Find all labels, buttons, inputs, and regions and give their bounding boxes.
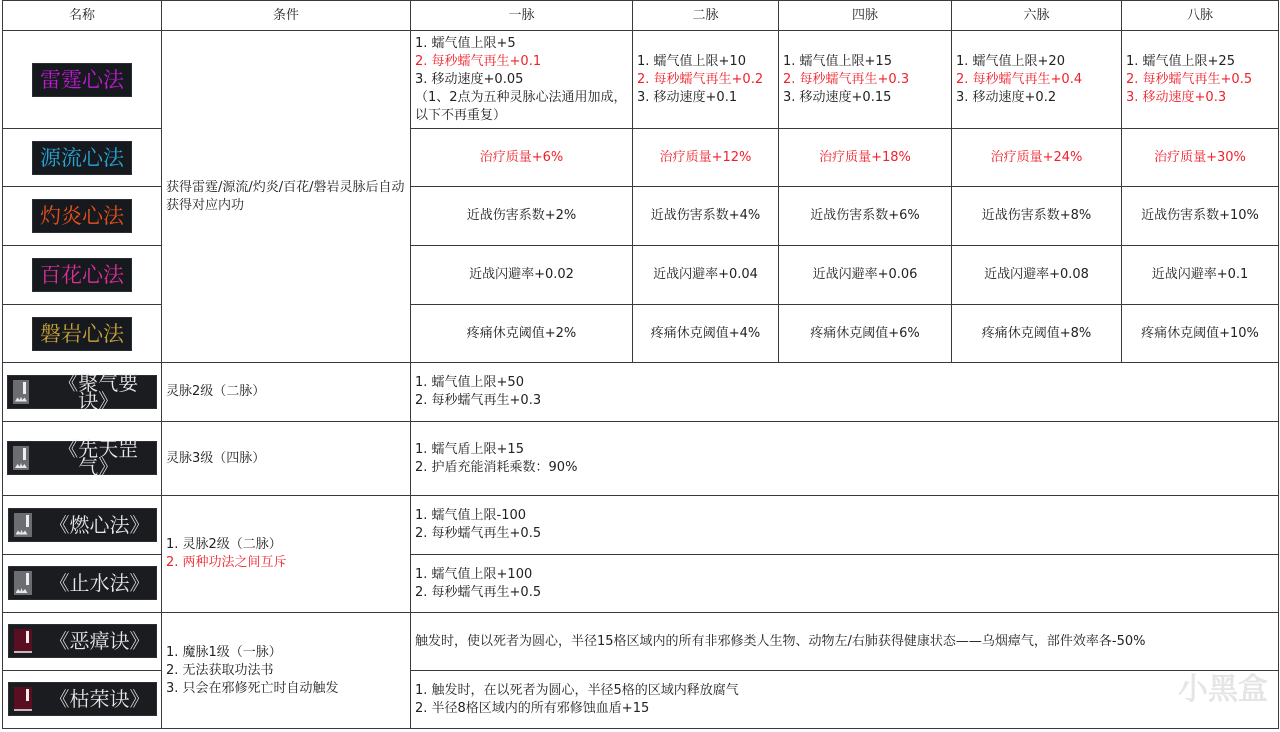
grey-book-icon	[14, 571, 32, 595]
name-cell: 《止水法》	[3, 555, 162, 613]
effect-cell: 1. 蠕气值上限+50 2. 每秒蠕气再生+0.3	[411, 363, 1279, 422]
effect-line: 1. 蠕气盾上限+15	[415, 441, 1274, 459]
name-cell: 灼炎心法	[3, 187, 162, 246]
condition-line: 2. 无法获取功法书	[166, 662, 406, 680]
xinfa-table: 名称 条件 一脉 二脉 四脉 六脉 八脉 雷霆心法 获得雷霆/源流/灼炎/百花/…	[2, 0, 1279, 729]
name-cell: 百花心法	[3, 246, 162, 305]
name-cell: 《枯荣诀》	[3, 671, 162, 729]
tier-cell: 近战闪避率+0.02	[411, 246, 633, 305]
book-title: 《燃心法》	[50, 516, 150, 534]
kurong-badge: 《枯荣诀》	[8, 682, 157, 716]
effect-line: 2. 每秒蠕气再生+0.5	[415, 584, 1274, 602]
name-cell: 《燃心法》	[3, 496, 162, 555]
tier-cell: 疼痛休克阈值+6%	[779, 305, 952, 363]
tier-cell: 治疗质量+24%	[952, 129, 1122, 187]
tier-cell: 近战闪避率+0.08	[952, 246, 1122, 305]
book-title: 《先天罡气》	[47, 440, 150, 476]
condition-cell: 1. 灵脉2级（二脉） 2. 两种功法之间互斥	[162, 496, 411, 613]
effect-line: 2. 每秒蠕气再生+0.3	[783, 71, 947, 89]
effect-line: 1. 蠕气值上限+50	[415, 374, 1274, 392]
header-row: 名称 条件 一脉 二脉 四脉 六脉 八脉	[3, 1, 1279, 31]
effect-cell: 1. 触发时，在以死者为圆心，半径5格的区域内释放腐气 2. 半径8格区域内的所…	[411, 671, 1279, 729]
tier-cell: 疼痛休克阈值+10%	[1122, 305, 1279, 363]
crimson-book-icon	[14, 687, 32, 711]
table-row-juqi: 《聚气要诀》 灵脉2级（二脉） 1. 蠕气值上限+50 2. 每秒蠕气再生+0.…	[3, 363, 1279, 422]
xiantian-badge: 《先天罡气》	[7, 441, 157, 475]
tier-cell: 治疗质量+6%	[411, 129, 633, 187]
tier-cell: 1. 蠕气值上限+5 2. 每秒蠕气再生+0.1 3. 移动速度+0.05 （1…	[411, 31, 633, 129]
tier-cell: 治疗质量+30%	[1122, 129, 1279, 187]
effect-cell: 1. 蠕气值上限+100 2. 每秒蠕气再生+0.5	[411, 555, 1279, 613]
effect-line: 1. 蠕气值上限+15	[783, 53, 947, 71]
effect-line: 1. 蠕气值上限+100	[415, 566, 1274, 584]
effect-cell: 触发时，使以死者为圆心，半径15格区域内的所有非邪修类人生物、动物左/右肺获得健…	[411, 613, 1279, 671]
header-tier-8: 八脉	[1122, 1, 1279, 31]
tier-cell: 近战闪避率+0.06	[779, 246, 952, 305]
leiting-badge: 雷霆心法	[32, 63, 132, 97]
xinfa-condition: 获得雷霆/源流/灼炎/百花/磐岩灵脉后自动获得对应内功	[166, 180, 405, 213]
grey-book-icon	[14, 513, 32, 537]
condition-cell: 灵脉3级（四脉）	[162, 422, 411, 496]
tier-cell: 1. 蠕气值上限+25 2. 每秒蠕气再生+0.5 3. 移动速度+0.3	[1122, 31, 1279, 129]
effect-line: 3. 移动速度+0.15	[783, 89, 947, 107]
book-title: 《枯荣诀》	[50, 690, 150, 708]
tier-cell: 疼痛休克阈值+8%	[952, 305, 1122, 363]
tier-cell: 1. 蠕气值上限+15 2. 每秒蠕气再生+0.3 3. 移动速度+0.15	[779, 31, 952, 129]
effect-line: 触发时，使以死者为圆心，半径15格区域内的所有非邪修类人生物、动物左/右肺获得健…	[415, 633, 1274, 651]
zhuoyan-badge: 灼炎心法	[32, 199, 132, 233]
table-row-ezhang: 《恶瘴诀》 1. 魔脉1级（一脉） 2. 无法获取功法书 3. 只会在邪修死亡时…	[3, 613, 1279, 671]
name-cell: 磐岩心法	[3, 305, 162, 363]
effect-line: 1. 蠕气值上限+5	[415, 35, 628, 53]
effect-line: 3. 移动速度+0.3	[1126, 89, 1274, 107]
effect-cell: 1. 蠕气盾上限+15 2. 护盾充能消耗乘数：90%	[411, 422, 1279, 496]
effect-line: 1. 蠕气值上限-100	[415, 507, 1274, 525]
condition-line: 3. 只会在邪修死亡时自动触发	[166, 680, 406, 698]
tier-cell: 近战闪避率+0.04	[633, 246, 779, 305]
book-title: 《止水法》	[50, 574, 150, 592]
effect-note: （1、2点为五种灵脉心法通用加成，以下不再重复）	[415, 89, 628, 125]
table-row-leiting: 雷霆心法 获得雷霆/源流/灼炎/百花/磐岩灵脉后自动获得对应内功 1. 蠕气值上…	[3, 31, 1279, 129]
header-tier-4: 四脉	[779, 1, 952, 31]
condition-line: 2. 两种功法之间互斥	[166, 554, 406, 572]
effect-line: 3. 移动速度+0.05	[415, 71, 628, 89]
effect-line: 3. 移动速度+0.1	[637, 89, 774, 107]
effect-cell: 1. 蠕气值上限-100 2. 每秒蠕气再生+0.5	[411, 496, 1279, 555]
effect-line: 1. 触发时，在以死者为圆心，半径5格的区域内释放腐气	[415, 682, 1274, 700]
name-cell: 雷霆心法	[3, 31, 162, 129]
effect-line: 2. 护盾充能消耗乘数：90%	[415, 459, 1274, 477]
tier-cell: 近战伤害系数+6%	[779, 187, 952, 246]
baihua-badge: 百花心法	[32, 258, 132, 292]
tier-cell: 近战伤害系数+10%	[1122, 187, 1279, 246]
table-row-xiantian: 《先天罡气》 灵脉3级（四脉） 1. 蠕气盾上限+15 2. 护盾充能消耗乘数：…	[3, 422, 1279, 496]
book-title: 《恶瘴诀》	[50, 632, 150, 650]
header-tier-1: 一脉	[411, 1, 633, 31]
effect-line: 2. 每秒蠕气再生+0.5	[415, 525, 1274, 543]
grey-book-icon	[13, 446, 29, 470]
effect-line: 2. 每秒蠕气再生+0.1	[415, 53, 628, 71]
effect-line: 2. 每秒蠕气再生+0.2	[637, 71, 774, 89]
header-tier-2: 二脉	[633, 1, 779, 31]
tier-cell: 1. 蠕气值上限+10 2. 每秒蠕气再生+0.2 3. 移动速度+0.1	[633, 31, 779, 129]
ranxin-badge: 《燃心法》	[8, 508, 157, 542]
panyan-badge: 磐岩心法	[32, 317, 132, 351]
effect-line: 1. 蠕气值上限+25	[1126, 53, 1274, 71]
book-title: 《聚气要诀》	[47, 374, 150, 410]
name-cell: 《聚气要诀》	[3, 363, 162, 422]
effect-line: 1. 蠕气值上限+10	[637, 53, 774, 71]
tier-cell: 近战伤害系数+2%	[411, 187, 633, 246]
condition-line: 1. 魔脉1级（一脉）	[166, 644, 406, 662]
effect-line: 2. 每秒蠕气再生+0.3	[415, 392, 1274, 410]
tier-cell: 1. 蠕气值上限+20 2. 每秒蠕气再生+0.4 3. 移动速度+0.2	[952, 31, 1122, 129]
header-condition: 条件	[162, 1, 411, 31]
yuanliu-badge: 源流心法	[32, 141, 132, 175]
xinfa-condition-cell: 获得雷霆/源流/灼炎/百花/磐岩灵脉后自动获得对应内功	[162, 31, 411, 363]
tier-cell: 治疗质量+18%	[779, 129, 952, 187]
condition-cell: 灵脉2级（二脉）	[162, 363, 411, 422]
tier-cell: 近战伤害系数+8%	[952, 187, 1122, 246]
tier-cell: 疼痛休克阈值+2%	[411, 305, 633, 363]
name-cell: 《恶瘴诀》	[3, 613, 162, 671]
table-row-ranxin: 《燃心法》 1. 灵脉2级（二脉） 2. 两种功法之间互斥 1. 蠕气值上限-1…	[3, 496, 1279, 555]
condition-cell: 1. 魔脉1级（一脉） 2. 无法获取功法书 3. 只会在邪修死亡时自动触发	[162, 613, 411, 729]
tier-cell: 治疗质量+12%	[633, 129, 779, 187]
tier-cell: 近战闪避率+0.1	[1122, 246, 1279, 305]
effect-line: 2. 半径8格区域内的所有邪修蚀血盾+15	[415, 700, 1274, 718]
zhishui-badge: 《止水法》	[8, 566, 157, 600]
effect-line: 3. 移动速度+0.2	[956, 89, 1117, 107]
header-name: 名称	[3, 1, 162, 31]
effect-line: 2. 每秒蠕气再生+0.4	[956, 71, 1117, 89]
name-cell: 《先天罡气》	[3, 422, 162, 496]
ezhang-badge: 《恶瘴诀》	[8, 624, 157, 658]
effect-line: 1. 蠕气值上限+20	[956, 53, 1117, 71]
tier-cell: 近战伤害系数+4%	[633, 187, 779, 246]
header-tier-6: 六脉	[952, 1, 1122, 31]
juqi-badge: 《聚气要诀》	[7, 375, 157, 409]
grey-book-icon	[13, 380, 29, 404]
condition-line: 1. 灵脉2级（二脉）	[166, 536, 406, 554]
tier-cell: 疼痛休克阈值+4%	[633, 305, 779, 363]
name-cell: 源流心法	[3, 129, 162, 187]
effect-line: 2. 每秒蠕气再生+0.5	[1126, 71, 1274, 89]
crimson-book-icon	[14, 629, 32, 653]
